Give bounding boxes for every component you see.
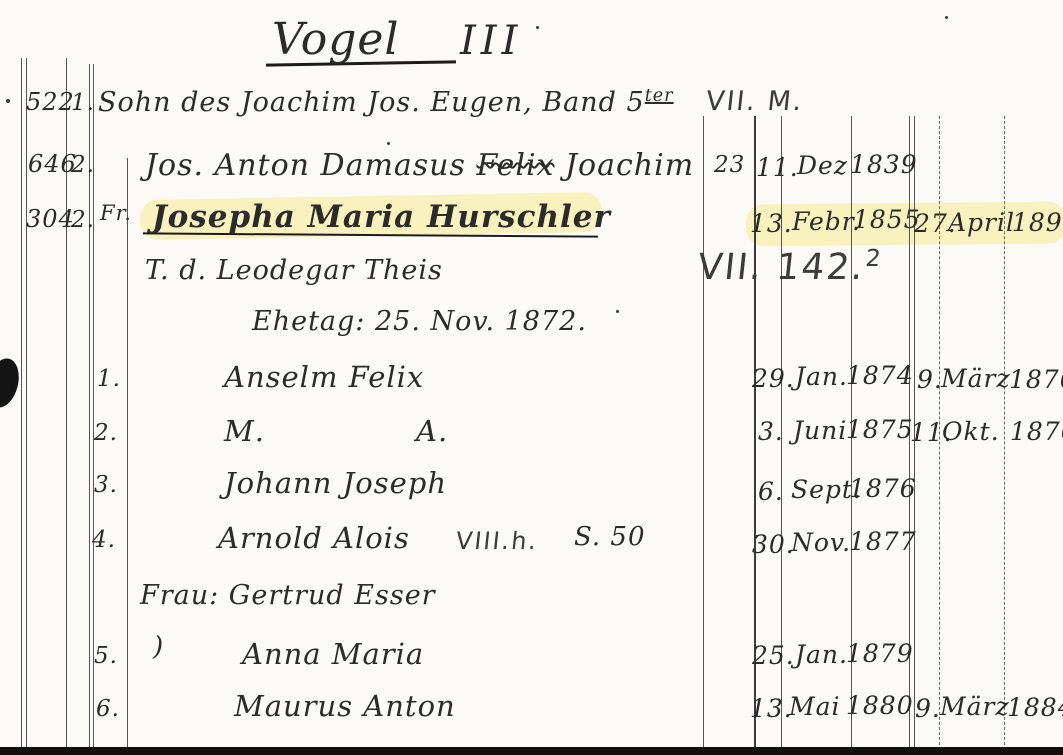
register-number: 304 bbox=[26, 205, 75, 233]
child-death-month: Okt. bbox=[942, 417, 1000, 446]
scan-edge-bar bbox=[0, 747, 1063, 755]
rule-left-6 bbox=[127, 158, 128, 755]
child-birth-day: 30. bbox=[752, 530, 795, 559]
second-wife-line: Frau: Gertrud Esser bbox=[140, 580, 436, 611]
child-birth-day: 25. bbox=[752, 641, 795, 670]
register-number: 646 bbox=[28, 150, 77, 178]
child-death-month: März bbox=[941, 364, 1011, 393]
sequence-number: 2. bbox=[71, 152, 95, 178]
header-line: Sohn des Joachim Jos. Eugen, Band 5ter bbox=[98, 86, 674, 118]
husband-name: Jos. Anton Damasus Felix Joachim bbox=[145, 148, 694, 183]
child-page-ref: S. 50 bbox=[574, 522, 646, 552]
husband-birth-day: 11. bbox=[756, 153, 799, 182]
child-birth-day: 29. bbox=[752, 364, 795, 393]
child-birth-month: Juni bbox=[793, 416, 847, 445]
wife-birth-day: 13. bbox=[750, 209, 793, 238]
wife-name: Josepha Maria Hurschler bbox=[152, 199, 611, 235]
child-birth-month: Jan. bbox=[795, 362, 848, 391]
header-line-text: Sohn des Joachim Jos. Eugen, Band 5 bbox=[98, 87, 645, 118]
register-page-scan: Vogel III 522 1. Sohn des Joachim Jos. E… bbox=[0, 0, 1063, 755]
page-title-number: III bbox=[460, 18, 522, 64]
wife-volume-note-sup: 2 bbox=[864, 244, 884, 272]
child-birth-year: 1874 bbox=[846, 361, 914, 390]
scan-speck bbox=[616, 310, 619, 313]
wife-death-year: 1891 bbox=[1012, 208, 1063, 237]
scan-speck bbox=[945, 16, 948, 19]
child-birth-year: 1875 bbox=[846, 415, 914, 444]
child-name-initial-a: M. bbox=[224, 414, 265, 448]
scan-speck bbox=[6, 99, 10, 103]
child-birth-day: 3. bbox=[758, 417, 784, 446]
child-name: Anna Maria bbox=[242, 637, 424, 671]
child-number: 2. bbox=[94, 420, 118, 446]
child-number: 3. bbox=[94, 472, 118, 498]
child-birth-month: Mai bbox=[789, 692, 841, 721]
rule-date-1 bbox=[703, 116, 704, 755]
child-birth-day: 13. bbox=[750, 694, 793, 723]
header-ordinal-suffix: ter bbox=[645, 86, 674, 106]
husband-birth-year: 1839 bbox=[850, 150, 918, 179]
husband-page-number: 23 bbox=[714, 152, 745, 178]
wife-birth-year: 1855 bbox=[853, 205, 921, 234]
header-volume-note: VII. M. bbox=[704, 86, 805, 117]
child-name: Johann Joseph bbox=[224, 466, 447, 500]
wife-death-month: April bbox=[948, 208, 1015, 237]
child-death-year: 1876 bbox=[1010, 417, 1063, 446]
wife-birth-month: Febr. bbox=[792, 207, 861, 236]
child-death-day: 9. bbox=[917, 365, 943, 394]
register-number: 522 bbox=[26, 88, 75, 116]
child-birth-month: Jan. bbox=[795, 640, 848, 669]
husband-name-underlined: Felix bbox=[476, 148, 554, 183]
child-birth-year: 1876 bbox=[849, 474, 917, 503]
child-number: 5. bbox=[94, 643, 118, 669]
scan-speck bbox=[536, 26, 539, 29]
rule-left-2 bbox=[26, 58, 27, 755]
child-name-initial-b: A. bbox=[416, 414, 448, 448]
child-birth-day: 6. bbox=[758, 477, 784, 506]
marriage-line: Ehetag: 25. Nov. 1872. bbox=[252, 306, 587, 337]
child-birth-year: 1877 bbox=[849, 527, 917, 556]
child-death-year: 1876 bbox=[1009, 365, 1063, 394]
rule-left-1 bbox=[21, 58, 22, 755]
child-number: 1. bbox=[97, 366, 121, 392]
child-name: Arnold Alois bbox=[218, 521, 410, 555]
husband-birth-month: Dez bbox=[797, 151, 848, 180]
sequence-number: 2. bbox=[71, 207, 95, 233]
wife-volume-note: VII. 142.2 bbox=[696, 244, 884, 288]
child-name: Anselm Felix bbox=[224, 360, 424, 394]
child-death-year: 1884 bbox=[1007, 693, 1063, 722]
child-margin-mark: ) bbox=[153, 632, 164, 662]
wife-label: Fr. bbox=[100, 201, 132, 225]
child-number: 6. bbox=[96, 696, 120, 722]
child-death-month: März bbox=[940, 692, 1010, 721]
scan-speck bbox=[387, 142, 390, 145]
child-death-day: 9. bbox=[915, 694, 941, 723]
wife-origin: T. d. Leodegar Theis bbox=[145, 255, 443, 286]
child-birth-year: 1880 bbox=[846, 691, 914, 720]
child-name: Maurus Anton bbox=[234, 689, 456, 723]
child-birth-month: Nov. bbox=[791, 528, 851, 557]
child-number: 4. bbox=[92, 527, 116, 553]
child-birth-year: 1879 bbox=[846, 639, 914, 668]
child-volume-annotation: VIII.h. bbox=[455, 527, 540, 555]
sequence-number: 1. bbox=[71, 90, 95, 116]
page-title: Vogel bbox=[272, 14, 400, 65]
